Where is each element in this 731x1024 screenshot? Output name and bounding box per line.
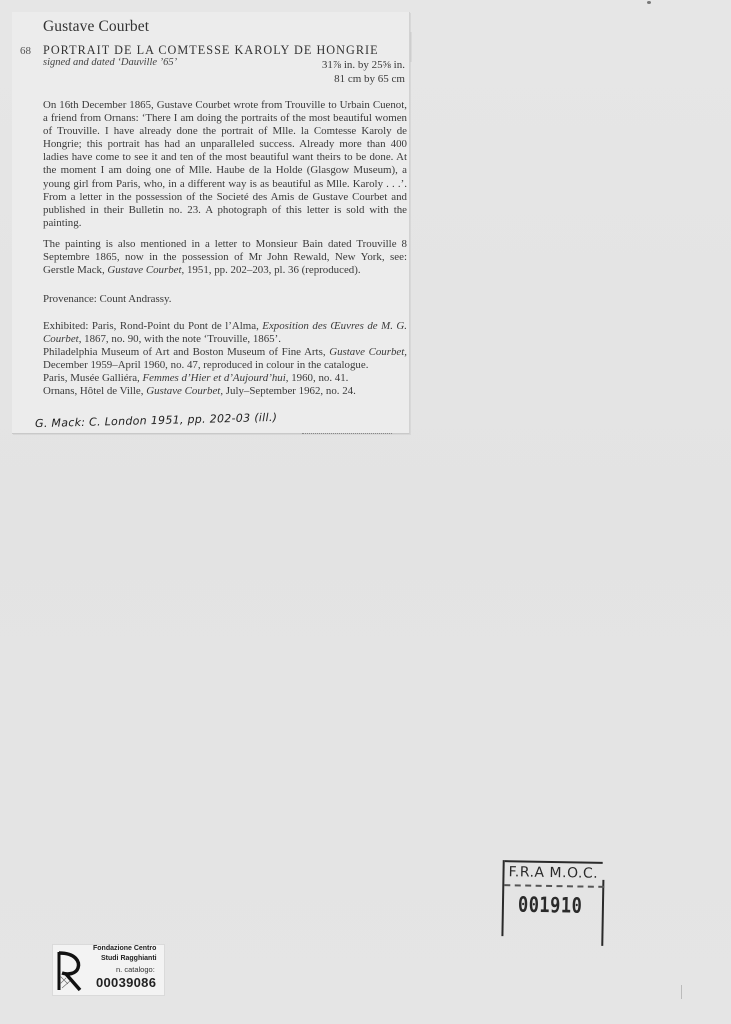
cut-off-text-fragment — [302, 430, 392, 434]
catalogue-number: 00039086 — [96, 975, 156, 990]
literature-book-title: Gustave Courbet — [107, 264, 181, 276]
stamp-number: 001910 — [518, 893, 583, 919]
dimensions-inches: 31⅞ in. by 25⅝ in. — [322, 58, 405, 72]
handwritten-annotation: G. Mack: C. London 1951, pp. 202-03 (ill… — [35, 411, 278, 430]
stamp-frame — [505, 860, 603, 864]
exhibition-entry: Ornans, Hôtel de Ville, Gustave Courbet,… — [43, 385, 407, 398]
catalogue-caption: n. catalogo: — [116, 965, 155, 974]
archive-sheet: Gustave Courbet 68 PORTRAIT DE LA COMTES… — [0, 0, 731, 1024]
ragghianti-r-logo-icon — [56, 948, 84, 992]
artist-name: Gustave Courbet — [43, 18, 149, 36]
literature-paragraph: The painting is also mentioned in a lett… — [43, 238, 407, 277]
provenance: Provenance: Count Andrassy. — [43, 293, 407, 306]
exhibition-entry: Philadelphia Museum of Art and Boston Mu… — [43, 346, 407, 372]
exhibition-title: Gustave Courbet — [329, 346, 404, 358]
dimensions-cm: 81 cm by 65 cm — [322, 72, 405, 86]
exhibition-details: , 1960, no. 41. — [286, 372, 349, 384]
paper-speck — [647, 1, 651, 4]
exhibition-title: Gustave Courbet — [146, 385, 220, 397]
foundation-name-line1: Fondazione Centro — [93, 945, 156, 952]
exhibition-details: , 1867, no. 90, with the note ‘Trouville… — [79, 333, 281, 345]
exhibition-venue: Ornans, Hôtel de Ville, — [43, 385, 146, 397]
exhibition-details: , July–September 1962, no. 24. — [220, 385, 356, 397]
exhibition-venue: Philadelphia Museum of Art and Boston Mu… — [43, 346, 329, 358]
exhibition-title: Femmes d’Hier et d’Aujourd’hui — [143, 372, 286, 384]
lot-number: 68 — [20, 45, 31, 57]
exhibition-entry: Exhibited: Paris, Rond-Point du Pont de … — [43, 320, 407, 346]
paper-mark — [681, 985, 682, 999]
letter-paragraph: On 16th December 1865, Gustave Courbet w… — [43, 99, 407, 230]
auction-catalogue-clipping: Gustave Courbet 68 PORTRAIT DE LA COMTES… — [12, 12, 410, 434]
framoc-stamp: F.R.A M.O.C. 001910 — [499, 860, 604, 946]
stamp-divider — [504, 884, 604, 888]
stamp-frame — [601, 880, 604, 946]
artwork-title: PORTRAIT DE LA COMTESSE KAROLY DE HONGRI… — [43, 43, 379, 58]
exhibition-entry: Paris, Musée Galliéra, Femmes d’Hier et … — [43, 372, 407, 385]
foundation-name-line2: Studi Ragghianti — [101, 955, 157, 962]
exhibition-venue: Exhibited: Paris, Rond-Point du Pont de … — [43, 320, 262, 332]
literature-pages: , 1951, pp. 202–203, pl. 36 (reproduced)… — [182, 264, 361, 276]
signature-note: signed and dated ‘Dauville ’65’ — [43, 57, 177, 68]
paper-fold-mark — [410, 32, 412, 62]
exhibition-history: Exhibited: Paris, Rond-Point du Pont de … — [43, 320, 407, 399]
dimensions: 31⅞ in. by 25⅝ in. 81 cm by 65 cm — [322, 58, 405, 86]
exhibition-venue: Paris, Musée Galliéra, — [43, 372, 143, 384]
stamp-frame — [501, 860, 504, 936]
stamp-label: F.R.A M.O.C. — [508, 864, 598, 882]
catalogue-label: Fondazione Centro Studi Ragghianti n. ca… — [52, 944, 165, 996]
